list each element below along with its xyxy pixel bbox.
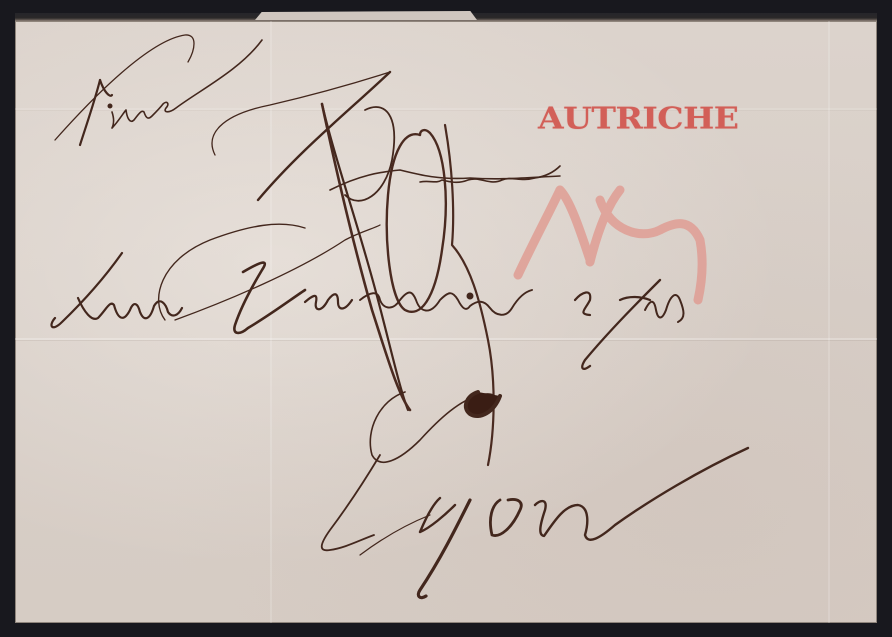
horizontal-fold-line xyxy=(15,338,877,340)
scan-background: AUTRICHE xyxy=(0,0,892,637)
letter-flap xyxy=(255,10,477,20)
vertical-fold-line-right xyxy=(828,21,830,623)
recipient-text: Veuve Guerin & fils xyxy=(0,0,1,1)
letter-cover xyxy=(15,21,877,623)
salutation-text: Messieurs xyxy=(0,0,1,1)
city-text: Lyon xyxy=(0,0,1,1)
horizontal-fold-line-upper xyxy=(15,108,877,110)
vertical-fold-line xyxy=(270,21,272,623)
red-crayon-text: M xyxy=(0,0,1,1)
origin-text: Vienne xyxy=(0,0,1,1)
autriche-handstamp: AUTRICHE xyxy=(538,100,738,136)
postage-rate-text: 10 xyxy=(0,0,1,1)
